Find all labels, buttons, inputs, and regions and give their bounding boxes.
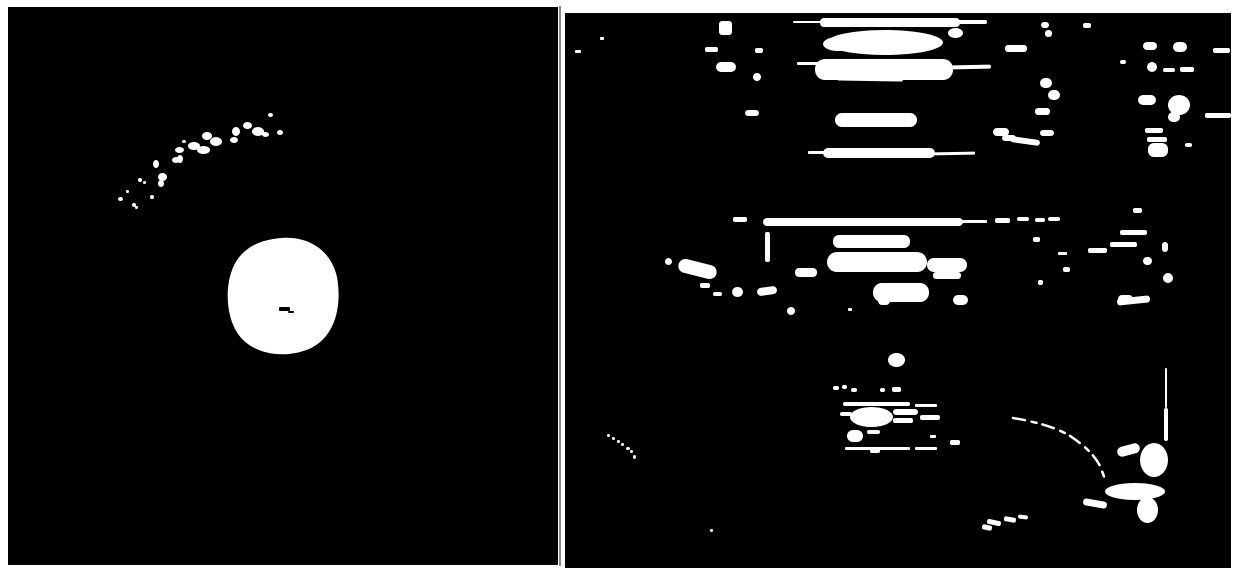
- panel-divider: [559, 6, 561, 566]
- left-binary-image-panel: [8, 7, 558, 565]
- right-binary-image-panel: [565, 13, 1231, 568]
- figure-page: [0, 0, 1240, 577]
- right-binary-image: [565, 13, 1231, 568]
- left-binary-image: [8, 7, 558, 565]
